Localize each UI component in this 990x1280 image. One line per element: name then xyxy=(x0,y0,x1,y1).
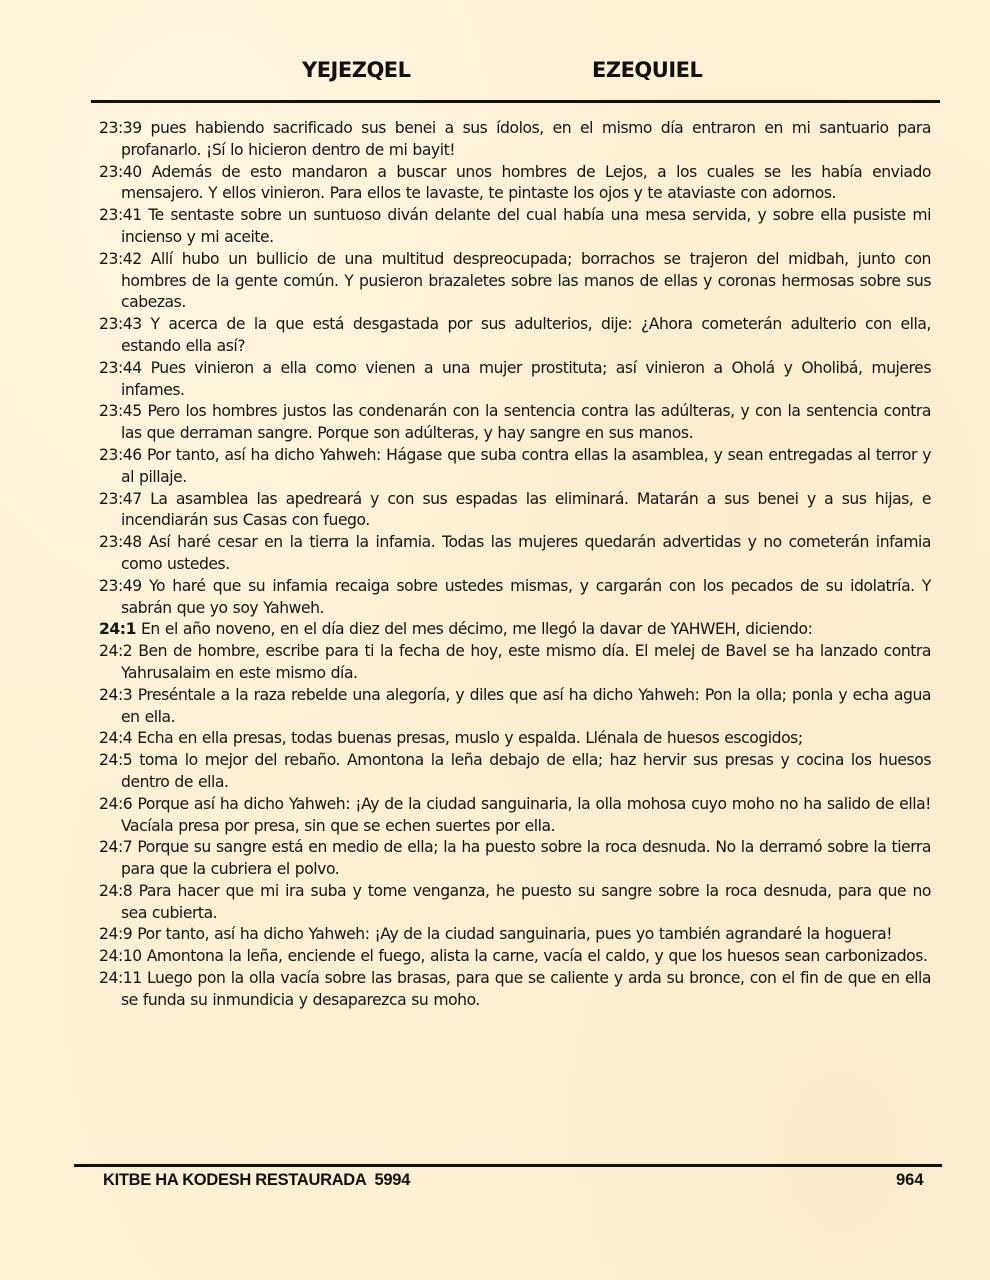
verse-text: Ben de hombre, escribe para ti la fecha … xyxy=(121,642,931,682)
verse-paragraph: 23:40 Además de esto mandaron a buscar u… xyxy=(99,162,931,206)
spanish-book-title: EZEQUIEL xyxy=(592,58,702,82)
verse-paragraph: 24:4 Echa en ella presas, todas buenas p… xyxy=(99,728,931,750)
verse-text: Pero los hombres justos las condenarán c… xyxy=(121,402,931,442)
verse-reference: 24:4 xyxy=(99,729,132,747)
verse-reference: 23:41 xyxy=(99,206,142,224)
verse-paragraph: 23:39 pues habiendo sacrificado sus bene… xyxy=(99,118,931,162)
verse-reference: 24:7 xyxy=(99,838,132,856)
verse-text: Para hacer que mi ira suba y tome vengan… xyxy=(121,882,931,922)
verse-reference: 23:49 xyxy=(99,577,142,595)
verse-reference: 24:10 xyxy=(99,947,142,965)
footer-divider xyxy=(74,1164,942,1167)
verse-reference: 24:2 xyxy=(99,642,132,660)
verse-text: Por tanto, así ha dicho Yahweh: ¡Ay de l… xyxy=(132,925,892,943)
verse-text: Allí hubo un bullicio de una multitud de… xyxy=(121,250,931,312)
verse-text: Amontona la leña, enciende el fuego, ali… xyxy=(142,947,928,965)
verse-paragraph: 24:8 Para hacer que mi ira suba y tome v… xyxy=(99,881,931,925)
verse-paragraph: 24:1 En el año noveno, en el día diez de… xyxy=(99,619,931,641)
verse-paragraph: 23:42 Allí hubo un bullicio de una multi… xyxy=(99,249,931,314)
verse-reference: 24:11 xyxy=(99,969,142,987)
verse-paragraph: 24:6 Porque así ha dicho Yahweh: ¡Ay de … xyxy=(99,794,931,838)
verse-reference: 24:6 xyxy=(99,795,132,813)
verse-paragraph: 24:7 Porque su sangre está en medio de e… xyxy=(99,837,931,881)
verse-paragraph: 23:44 Pues vinieron a ella como vienen a… xyxy=(99,358,931,402)
verse-reference: 23:43 xyxy=(99,315,142,333)
verse-paragraph: 24:9 Por tanto, así ha dicho Yahweh: ¡Ay… xyxy=(99,924,931,946)
verse-reference: 23:44 xyxy=(99,359,142,377)
verse-reference: 23:48 xyxy=(99,533,142,551)
verse-reference: 23:39 xyxy=(99,119,142,137)
verse-text: Preséntale a la raza rebelde una alegorí… xyxy=(121,686,931,726)
verse-text: Así haré cesar en la tierra la infamia. … xyxy=(121,533,931,573)
verse-reference: 23:42 xyxy=(99,250,142,268)
verse-paragraph: 23:41 Te sentaste sobre un suntuoso divá… xyxy=(99,205,931,249)
verse-paragraph: 24:3 Preséntale a la raza rebelde una al… xyxy=(99,685,931,729)
verse-paragraph: 23:48 Así haré cesar en la tierra la inf… xyxy=(99,532,931,576)
verse-text: toma lo mejor del rebaño. Amontona la le… xyxy=(121,751,931,791)
verse-text: La asamblea las apedreará y con sus espa… xyxy=(121,490,931,530)
verse-text: Echa en ella presas, todas buenas presas… xyxy=(132,729,802,747)
verse-paragraph: 23:47 La asamblea las apedreará y con su… xyxy=(99,489,931,533)
verse-paragraph: 23:43 Y acerca de la que está desgastada… xyxy=(99,314,931,358)
verse-text: Yo haré que su infamia recaiga sobre ust… xyxy=(121,577,931,617)
header-divider xyxy=(91,100,940,103)
verse-paragraph: 23:45 Pero los hombres justos las conden… xyxy=(99,401,931,445)
footer-book-title: KITBE HA KODESH RESTAURADA 5994 xyxy=(103,1171,410,1190)
verse-text: Porque así ha dicho Yahweh: ¡Ay de la ci… xyxy=(121,795,931,835)
verse-text: Por tanto, así ha dicho Yahweh: Hágase q… xyxy=(121,446,931,486)
verse-text: pues habiendo sacrificado sus benei a su… xyxy=(121,119,931,159)
verse-paragraph: 24:5 toma lo mejor del rebaño. Amontona … xyxy=(99,750,931,794)
verse-paragraph: 24:11 Luego pon la olla vacía sobre las … xyxy=(99,968,931,1012)
verse-reference: 23:45 xyxy=(99,402,142,420)
verse-list: 23:39 pues habiendo sacrificado sus bene… xyxy=(99,118,931,1012)
verse-reference: 24:1 xyxy=(99,620,136,638)
verse-reference: 24:3 xyxy=(99,686,132,704)
verse-text: Porque su sangre está en medio de ella; … xyxy=(121,838,931,878)
hebrew-book-title: YEJEZQEL xyxy=(302,58,411,82)
verse-reference: 24:9 xyxy=(99,925,132,943)
verse-text: Y acerca de la que está desgastada por s… xyxy=(121,315,931,355)
verse-paragraph: 23:46 Por tanto, así ha dicho Yahweh: Há… xyxy=(99,445,931,489)
verse-reference: 23:47 xyxy=(99,490,142,508)
page-number: 964 xyxy=(896,1171,924,1190)
verse-text: Te sentaste sobre un suntuoso diván dela… xyxy=(121,206,931,246)
verse-text: En el año noveno, en el día diez del mes… xyxy=(136,620,812,638)
page-header: YEJEZQEL EZEQUIEL xyxy=(0,58,990,90)
verse-reference: 24:5 xyxy=(99,751,132,769)
verse-paragraph: 24:10 Amontona la leña, enciende el fueg… xyxy=(99,946,931,968)
verse-text: Además de esto mandaron a buscar unos ho… xyxy=(121,163,931,203)
verse-text: Luego pon la olla vacía sobre las brasas… xyxy=(121,969,931,1009)
verse-reference: 23:40 xyxy=(99,163,142,181)
verse-reference: 23:46 xyxy=(99,446,142,464)
verse-reference: 24:8 xyxy=(99,882,132,900)
verse-text: Pues vinieron a ella como vienen a una m… xyxy=(121,359,931,399)
verse-paragraph: 23:49 Yo haré que su infamia recaiga sob… xyxy=(99,576,931,620)
verse-paragraph: 24:2 Ben de hombre, escribe para ti la f… xyxy=(99,641,931,685)
